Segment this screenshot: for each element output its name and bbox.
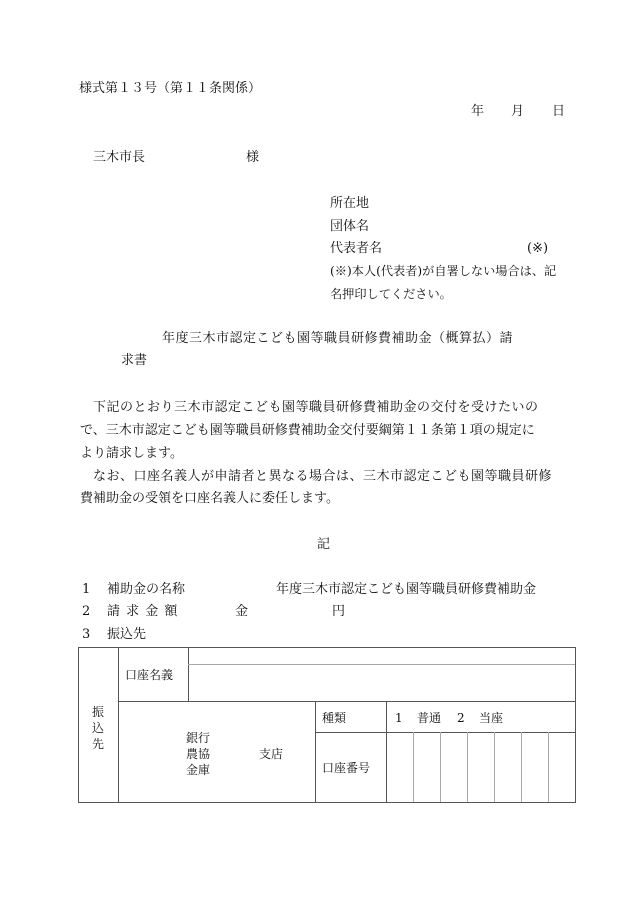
item-2-label: 請 求 金 額 xyxy=(107,605,178,618)
side-label-2: 込 xyxy=(92,722,104,734)
account-name-field[interactable] xyxy=(189,665,575,701)
type-option-2-number: 2 xyxy=(457,712,465,724)
document-title-line1: 年度三木市認定こども園等職員研修費補助金（概算払）請 xyxy=(162,332,513,345)
type-option-current[interactable]: 当座 xyxy=(479,712,503,724)
date-month-label: 月 xyxy=(511,105,524,118)
org-name-label: 団体名 xyxy=(330,220,369,233)
signature-note-line1: (※)本人(代表者)が自署しない場合は、記 xyxy=(330,265,556,277)
body-line-3: より請求します。 xyxy=(80,447,183,460)
item-3-label: 振込先 xyxy=(107,628,146,641)
signature-note-line2: 名押印してください。 xyxy=(330,288,452,300)
account-name-label: 口座名義 xyxy=(125,669,173,681)
item-2-prefix: 金 xyxy=(235,605,248,618)
body-line-1: 下記のとおり三木市認定こども園等職員研修費補助金の交付を受けたいの xyxy=(93,401,539,414)
item-2-number: 2 xyxy=(82,605,90,618)
body-line-4: なお、口座名義人が申請者と異なる場合は、三木市認定こども園等職員研修 xyxy=(93,470,552,483)
account-number-label: 口座番号 xyxy=(322,762,370,774)
item-2-unit: 円 xyxy=(332,605,345,618)
item-1-label: 補助金の名称 xyxy=(107,583,185,596)
representative-label: 代表者名 xyxy=(330,242,382,255)
document-title-line2: 求書 xyxy=(121,354,147,367)
ki-heading: 記 xyxy=(317,538,330,551)
addressee-honorific: 様 xyxy=(246,151,259,164)
body-line-5: 費補助金の受領を口座名義人に委任します。 xyxy=(80,492,339,505)
side-label-3: 先 xyxy=(92,738,104,750)
item-1-number: 1 xyxy=(82,583,90,596)
bank-branch-field[interactable] xyxy=(119,702,315,802)
type-option-ordinary[interactable]: 普通 xyxy=(417,712,441,724)
account-name-kana-field[interactable] xyxy=(189,648,575,664)
type-option-1-number: 1 xyxy=(395,712,403,724)
form-number: 様式第１３号（第１１条関係） xyxy=(79,82,261,95)
side-label-1: 振 xyxy=(92,706,104,718)
address-label: 所在地 xyxy=(330,197,369,210)
item-1-value: 年度三木市認定こども園等職員研修費補助金 xyxy=(276,583,536,596)
body-line-2: で、三木市認定こども園等職員研修費補助金交付要綱第１１条第１項の規定に xyxy=(80,424,535,437)
account-number-field[interactable] xyxy=(387,733,575,802)
addressee-name: 三木市長 xyxy=(93,151,145,164)
date-day-label: 日 xyxy=(552,105,565,118)
date-year-label: 年 xyxy=(471,105,484,118)
account-type-label: 種類 xyxy=(322,712,346,724)
item-3-number: 3 xyxy=(82,628,90,641)
signature-mark: (※) xyxy=(527,242,548,255)
